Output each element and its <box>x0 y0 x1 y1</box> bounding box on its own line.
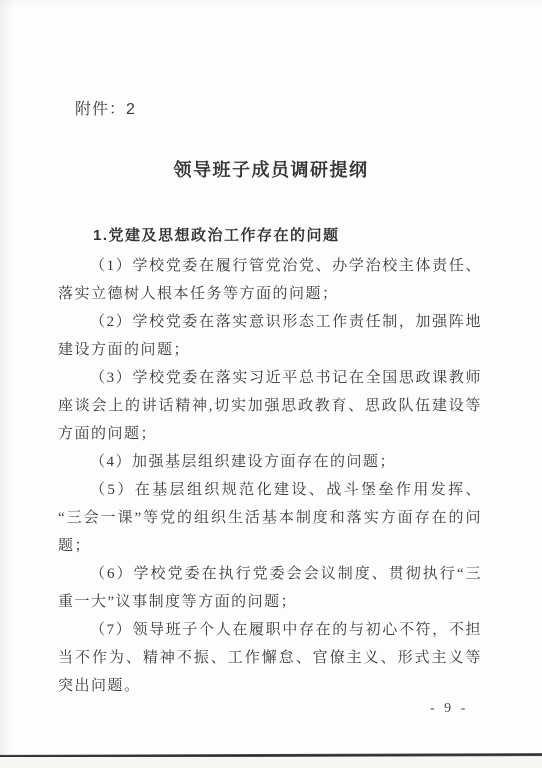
paragraph-1: （1）学校党委在履行管党治党、办学治校主体责任、落实立德树人根本任务等方面的问题… <box>58 252 482 308</box>
paragraph-7: （7）领导班子个人在履职中存在的与初心不符，不担当不作为、精神不振、工作懈怠、官… <box>58 616 482 700</box>
scan-edge-shadow-left <box>0 0 14 768</box>
scan-below-line-strip <box>0 757 542 768</box>
document-title: 领导班子成员调研提纲 <box>0 156 542 182</box>
paragraph-6: （6）学校党委在执行党委会会议制度、贯彻执行“三重一大”议事制度等方面的问题； <box>58 560 482 616</box>
paragraph-4: （4）加强基层组织建设方面存在的问题； <box>58 448 482 476</box>
paragraph-2: （2）学校党委在落实意识形态工作责任制，加强阵地建设方面的问题； <box>58 308 482 364</box>
page-number: - 9 - <box>430 701 468 717</box>
scan-edge-shadow-top <box>0 0 542 8</box>
document-page: 附件：2 领导班子成员调研提纲 1.党建及思想政治工作存在的问题 （1）学校党委… <box>0 0 542 768</box>
attachment-label: 附件：2 <box>75 96 136 119</box>
paragraph-5: （5）在基层组织规范化建设、战斗堡垒作用发挥、“三会一课”等党的组织生活基本制度… <box>58 476 482 560</box>
section-heading: 1.党建及思想政治工作存在的问题 <box>58 222 482 250</box>
document-body: 1.党建及思想政治工作存在的问题 （1）学校党委在履行管党治党、办学治校主体责任… <box>58 222 482 700</box>
paragraph-3: （3）学校党委在落实习近平总书记在全国思政课教师座谈会上的讲话精神,切实加强思政… <box>58 364 482 448</box>
